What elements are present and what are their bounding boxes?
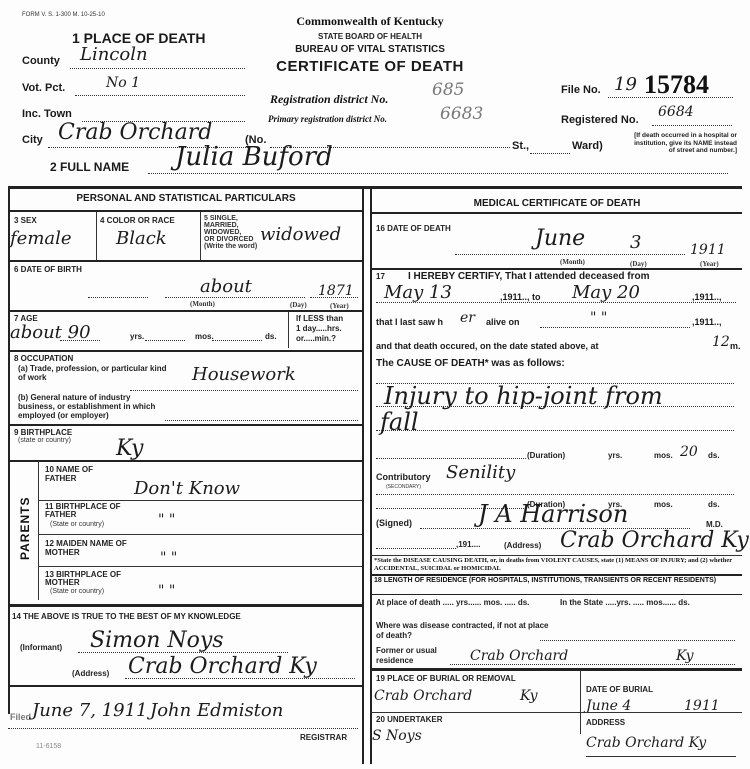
certify-text: I HEREBY CERTIFY, That I attended deceas… [408, 271, 650, 282]
registered-no-label: Registered No. [561, 114, 639, 126]
marital-label: 5 SINGLE, MARRIED, WIDOWED, OR DIVORCED … [204, 215, 257, 250]
duration-ds: ds. [708, 451, 720, 460]
cause-label: The CAUSE OF DEATH* was as follows: [376, 358, 565, 369]
last-saw-suffix: alive on [486, 317, 520, 327]
informant-label: (Informant) [20, 643, 62, 652]
vot-pct-label: Vot. Pct. [22, 82, 65, 94]
duration-label: (Duration) [527, 451, 565, 460]
contributory-label: Contributory [376, 472, 431, 482]
informant-address-label: (Address) [72, 669, 109, 678]
death-day-caption: (Day) [630, 260, 647, 268]
duration-days-value: 20 [680, 444, 698, 460]
registered-no-value: 6684 [658, 104, 694, 120]
city-label: City [22, 134, 43, 146]
date-of-death-label: 16 DATE OF DEATH [376, 224, 451, 233]
mother-maiden-label: 12 MAIDEN NAME OF MOTHER [45, 539, 135, 557]
father-birthplace-value: " " [158, 512, 175, 528]
age-yrs: yrs. [130, 332, 144, 341]
sex-value: female [10, 228, 72, 249]
father-birthplace-note: (State or country) [50, 521, 104, 528]
birthplace-label: 9 BIRTHPLACE [14, 428, 72, 437]
vot-pct-value: No 1 [106, 75, 140, 91]
county-label: County [22, 55, 60, 67]
dob-day-caption: (Day) [290, 301, 307, 309]
death-occurred-text: and that death occured, on the date stat… [376, 341, 599, 351]
age-mos: mos. [195, 332, 214, 341]
hospital-note: [If death occurred in a hospital or inst… [632, 132, 737, 155]
full-name-label: 2 FULL NAME [50, 160, 129, 174]
ward-label: Ward) [572, 140, 603, 152]
form-code: FORM V. S. 1-300 M. 10-25-10 [22, 12, 105, 18]
primary-registration-value: 6683 [440, 104, 483, 124]
death-time: 12 [712, 334, 730, 350]
father-name-value: Don't Know [134, 478, 240, 499]
certify-number: 17 [376, 272, 385, 281]
signed-label: (Signed) [376, 518, 412, 528]
registration-district-value: 685 [432, 80, 464, 100]
death-month-caption: (Month) [560, 258, 585, 266]
occupation-b-label: (b) General nature of industry business,… [18, 393, 168, 420]
death-certificate: FORM V. S. 1-300 M. 10-25-10 1 PLACE OF … [0, 0, 750, 769]
file-no-prefix: 19 [614, 74, 637, 95]
attended-from: May 13 [384, 282, 452, 303]
bureau-title: BUREAU OF VITAL STATISTICS [280, 44, 460, 55]
registration-district-label: Registration district No. [270, 92, 388, 107]
last-saw-pronoun: er [460, 310, 475, 326]
race-label: 4 COLOR OR RACE [100, 216, 175, 225]
physician-signature: J A Harrison [478, 500, 628, 528]
physician-address-value: Crab Orchard Ky [560, 528, 749, 553]
informant-address-value: Crab Orchard Ky [128, 654, 317, 679]
mother-birthplace-value: " " [158, 583, 175, 599]
less-than-day-box: If LESS than 1 day.....hrs. or.....min.? [296, 314, 343, 344]
inc-town-label: Inc. Town [22, 108, 72, 120]
last-saw-year: ,1911.., [692, 317, 722, 327]
contributory-note: (SECONDARY) [386, 484, 421, 490]
father-birthplace-label: 11 BIRTHPLACE OF FATHER [45, 503, 125, 519]
mother-birthplace-label: 13 BIRTHPLACE OF MOTHER [45, 571, 125, 587]
death-time-suffix: m. [730, 341, 741, 351]
father-name-label: 10 NAME OF FATHER [45, 465, 105, 483]
burial-place-state: Ky [520, 688, 537, 704]
registrar-label: REGISTRAR [300, 733, 347, 742]
cause-line-1: Injury to hip-joint from [384, 382, 663, 410]
mother-maiden-value: " " [160, 550, 177, 566]
burial-date-label: DATE OF BURIAL [586, 685, 653, 694]
undertaker-address-value: Crab Orchard Ky [586, 735, 706, 751]
former-residence-label: Former or usual residence [376, 646, 446, 666]
attended-to: May 20 [572, 282, 640, 303]
informant-heading: 14 THE ABOVE IS TRUE TO THE BEST OF MY K… [12, 612, 241, 621]
filed-value: June 7, 1911 [32, 700, 147, 721]
parents-side-label: PARENTS [18, 497, 32, 560]
street-label: St., [512, 140, 529, 152]
burial-place-label: 19 PLACE OF BURIAL OR REMOVAL [376, 674, 516, 683]
filed-label: Filed [10, 712, 31, 722]
dob-year: 1871 [318, 283, 354, 299]
dob-label: 6 DATE OF BIRTH [14, 265, 82, 274]
residence-in-state: In the State .....yrs. ..... mos...... d… [560, 598, 740, 608]
residence-at-place: At place of death ..... yrs...... mos. .… [376, 598, 556, 608]
date-of-death-year: 1911 [690, 242, 726, 258]
duration2-ds: ds. [708, 500, 720, 509]
former-residence-value: Crab Orchard [470, 648, 568, 664]
mother-birthplace-note: (State or country) [50, 588, 104, 595]
duration-mos: mos. [654, 451, 673, 460]
attended-from-year: ,1911.., to [500, 292, 541, 302]
full-name-value: Julia Buford [175, 142, 333, 172]
residence-heading: 18 LENGTH OF RESIDENCE (FOR HOSPITALS, I… [374, 577, 740, 585]
county-value: Lincoln [80, 44, 148, 65]
date-of-death-month: June [535, 226, 585, 251]
birthplace-value: Ky [116, 436, 143, 461]
medical-heading: MEDICAL CERTIFICATE OF DEATH [372, 198, 742, 209]
contributory-value: Senility [446, 462, 515, 483]
last-saw-prefix: that I last saw h [376, 317, 443, 327]
footer-code: 11-6158 [36, 743, 61, 750]
informant-value: Simon Noys [90, 628, 224, 653]
undertaker-address-label: ADDRESS [586, 718, 625, 727]
physician-address-label: (Address) [504, 541, 541, 550]
burial-place-value: Crab Orchard [374, 688, 472, 704]
occupation-value: Housework [192, 364, 296, 385]
attended-to-year: ,1911.., [692, 292, 722, 302]
former-residence-state: Ky [676, 648, 693, 664]
primary-registration-label: Primary registration district No. [268, 114, 387, 124]
board-title: STATE BOARD OF HEALTH [290, 32, 450, 41]
race-value: Black [116, 228, 167, 249]
age-ds: ds. [265, 332, 277, 341]
occupation-a-label: (a) Trade, profession, or particular kin… [18, 364, 168, 382]
dob-year-caption: (Year) [330, 302, 349, 310]
cause-line-2: fall [380, 408, 419, 436]
dob-month-caption: (Month) [190, 300, 215, 308]
registrar-signature: John Edmiston [150, 700, 283, 721]
sex-label: 3 SEX [14, 216, 37, 225]
file-no-stamped: 15784 [644, 70, 709, 100]
marital-value: widowed [260, 224, 341, 245]
dob-value: about [200, 276, 252, 297]
commonwealth-title: Commonwealth of Kentucky [290, 14, 450, 29]
duration2-mos: mos. [654, 500, 673, 509]
document-title: CERTIFICATE OF DEATH [265, 58, 475, 75]
duration-yrs: yrs. [608, 451, 622, 460]
cause-footnote: *State the DISEASE CAUSING DEATH, or, in… [374, 557, 740, 572]
death-year-caption: (Year) [700, 260, 719, 268]
undertaker-value: S Noys [372, 728, 422, 744]
date-of-death-day: 3 [630, 232, 641, 253]
signed-year: ,191.... [456, 540, 480, 549]
birthplace-note: (state or country) [18, 437, 71, 444]
occupation-label: 8 OCCUPATION [14, 354, 73, 363]
undertaker-label: 20 UNDERTAKER [376, 715, 443, 724]
where-contracted-label: Where was disease contracted, if not at … [376, 621, 556, 641]
last-saw-value: " " [590, 310, 607, 326]
file-no-label: File No. [561, 84, 601, 96]
personal-heading: PERSONAL AND STATISTICAL PARTICULARS [10, 193, 362, 204]
